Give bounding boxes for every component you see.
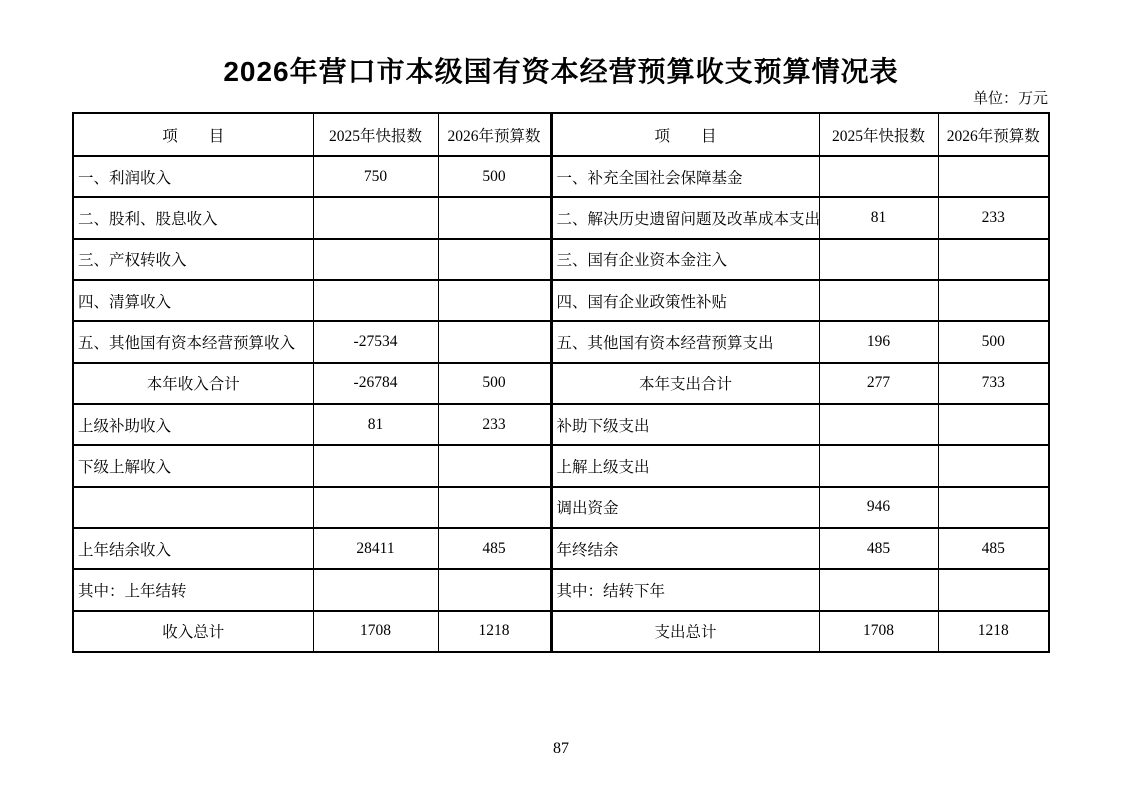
expense-row-6-y2026: 733 [938,363,1049,404]
expense-row-9-y2026 [938,487,1049,528]
income-row-11-y2025 [313,569,438,610]
expense-row-1-label: 一、补充全国社会保障基金 [551,156,819,197]
income-row-12-label: 收入总计 [73,611,313,652]
expense-row-9-label: 调出资金 [551,487,819,528]
expense-row-3-y2026 [938,239,1049,280]
expense-row-4-label: 四、国有企业政策性补贴 [551,280,819,321]
expense-row-8-y2025 [819,445,938,486]
header-item-expense: 项 目 [551,113,819,156]
income-row-7-y2025: 81 [313,404,438,445]
expense-row-12-y2025: 1708 [819,611,938,652]
header-2025-expense: 2025年快报数 [819,113,938,156]
expense-row-11-y2025 [819,569,938,610]
income-row-8-label: 下级上解收入 [73,445,313,486]
document-page: 2026年营口市本级国有资本经营预算收支预算情况表 单位：万元 项 目 2025… [0,0,1122,793]
table-row: 上年结余收入28411485年终结余485485 [73,528,1049,569]
header-row: 项 目 2025年快报数 2026年预算数 项 目 2025年快报数 2026年… [73,113,1049,156]
table-row: 上级补助收入81233补助下级支出 [73,404,1049,445]
income-row-6-y2025: -26784 [313,363,438,404]
income-row-8-y2026 [438,445,551,486]
page-title: 2026年营口市本级国有资本经营预算收支预算情况表 [0,50,1122,90]
expense-row-10-label: 年终结余 [551,528,819,569]
expense-row-5-y2026: 500 [938,321,1049,362]
header-2026-income: 2026年预算数 [438,113,551,156]
expense-row-12-label: 支出总计 [551,611,819,652]
income-row-4-label: 四、清算收入 [73,280,313,321]
income-row-10-y2026: 485 [438,528,551,569]
budget-table-body: 一、利润收入750500一、补充全国社会保障基金二、股利、股息收入二、解决历史遗… [73,156,1049,652]
expense-row-7-label: 补助下级支出 [551,404,819,445]
expense-row-3-y2025 [819,239,938,280]
table-row: 调出资金946 [73,487,1049,528]
unit-note: 单位：万元 [72,87,1048,108]
expense-row-5-y2025: 196 [819,321,938,362]
expense-row-6-label: 本年支出合计 [551,363,819,404]
income-row-5-y2025: -27534 [313,321,438,362]
expense-row-1-y2025 [819,156,938,197]
expense-row-8-y2026 [938,445,1049,486]
expense-row-5-label: 五、其他国有资本经营预算支出 [551,321,819,362]
income-row-7-label: 上级补助收入 [73,404,313,445]
income-row-12-y2025: 1708 [313,611,438,652]
expense-row-2-y2025: 81 [819,197,938,238]
table-row: 三、产权转收入三、国有企业资本金注入 [73,239,1049,280]
income-row-7-y2026: 233 [438,404,551,445]
expense-row-7-y2026 [938,404,1049,445]
income-row-2-label: 二、股利、股息收入 [73,197,313,238]
table-row: 四、清算收入四、国有企业政策性补贴 [73,280,1049,321]
income-row-5-label: 五、其他国有资本经营预算收入 [73,321,313,362]
expense-row-4-y2026 [938,280,1049,321]
table-row: 五、其他国有资本经营预算收入-27534五、其他国有资本经营预算支出196500 [73,321,1049,362]
income-row-9-y2026 [438,487,551,528]
table-row: 本年收入合计-26784500本年支出合计277733 [73,363,1049,404]
income-row-5-y2026 [438,321,551,362]
header-2025-income: 2025年快报数 [313,113,438,156]
expense-row-6-y2025: 277 [819,363,938,404]
income-row-9-label [73,487,313,528]
header-item-income: 项 目 [73,113,313,156]
table-row: 一、利润收入750500一、补充全国社会保障基金 [73,156,1049,197]
table-row: 收入总计17081218支出总计17081218 [73,611,1049,652]
income-row-11-y2026 [438,569,551,610]
expense-row-10-y2025: 485 [819,528,938,569]
income-row-10-label: 上年结余收入 [73,528,313,569]
expense-row-11-y2026 [938,569,1049,610]
table-row: 二、股利、股息收入二、解决历史遗留问题及改革成本支出81233 [73,197,1049,238]
income-row-2-y2025 [313,197,438,238]
income-row-12-y2026: 1218 [438,611,551,652]
income-row-4-y2025 [313,280,438,321]
expense-row-11-label: 其中：结转下年 [551,569,819,610]
table-row: 其中：上年结转其中：结转下年 [73,569,1049,610]
expense-row-10-y2026: 485 [938,528,1049,569]
expense-row-2-y2026: 233 [938,197,1049,238]
expense-row-7-y2025 [819,404,938,445]
expense-row-9-y2025: 946 [819,487,938,528]
income-row-2-y2026 [438,197,551,238]
income-row-4-y2026 [438,280,551,321]
income-row-1-label: 一、利润收入 [73,156,313,197]
income-row-9-y2025 [313,487,438,528]
expense-row-3-label: 三、国有企业资本金注入 [551,239,819,280]
income-row-1-y2026: 500 [438,156,551,197]
income-row-6-label: 本年收入合计 [73,363,313,404]
expense-row-1-y2026 [938,156,1049,197]
income-row-3-y2025 [313,239,438,280]
table-row: 下级上解收入上解上级支出 [73,445,1049,486]
income-row-3-label: 三、产权转收入 [73,239,313,280]
income-row-1-y2025: 750 [313,156,438,197]
expense-row-4-y2025 [819,280,938,321]
header-2026-expense: 2026年预算数 [938,113,1049,156]
income-row-11-label: 其中：上年结转 [73,569,313,610]
budget-table: 项 目 2025年快报数 2026年预算数 项 目 2025年快报数 2026年… [72,112,1050,653]
expense-row-12-y2026: 1218 [938,611,1049,652]
expense-row-2-label: 二、解决历史遗留问题及改革成本支出 [551,197,819,238]
income-row-6-y2026: 500 [438,363,551,404]
income-row-10-y2025: 28411 [313,528,438,569]
income-row-3-y2026 [438,239,551,280]
page-number: 87 [0,740,1122,758]
expense-row-8-label: 上解上级支出 [551,445,819,486]
income-row-8-y2025 [313,445,438,486]
